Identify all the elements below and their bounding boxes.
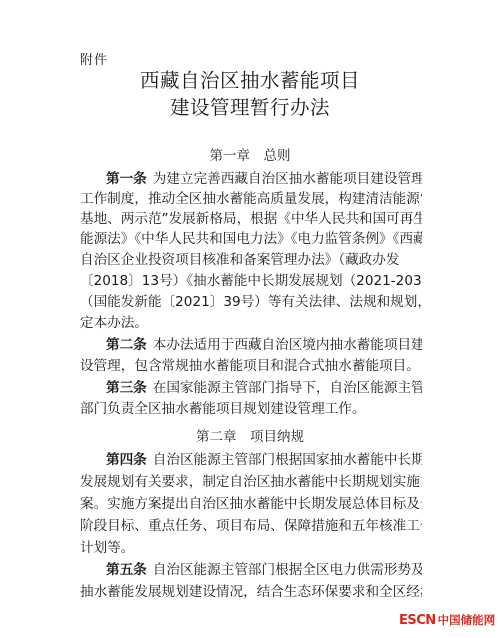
chapter-heading-1: 第一章 总则: [0, 147, 500, 165]
paragraph-line: 自治区企业投资项目核准和备案管理办法》（藏政办发: [80, 250, 422, 270]
article-label: 第五条: [106, 562, 147, 578]
paragraph-line: 发展规划有关要求，制定自治区抽水蓄能中长期规划实施方: [80, 472, 422, 492]
paragraph-line: 设管理，包含常规抽水蓄能项目和混合式抽水蓄能项目。: [80, 356, 422, 376]
paragraph-line: 案。实施方案提出自治区抽水蓄能中长期发展总体目标及分: [80, 494, 422, 514]
paragraph-line: 第二条本办法适用于西藏自治区境内抽水蓄能项目建: [80, 335, 422, 355]
article-label: 第一条: [106, 171, 147, 187]
paragraph-line: 能源法》《中华人民共和国电力法》《电力监管条例》《西藏: [80, 229, 422, 249]
watermark-name: 中国储能网: [438, 613, 496, 627]
paragraph-line: 定本办法。: [80, 313, 422, 333]
paragraph-line: 第三条在国家能源主管部门指导下，自治区能源主管: [80, 378, 422, 398]
paragraph-line: 计划等。: [80, 538, 422, 558]
paragraph-line: 阶段目标、重点任务、项目布局、保障措施和五年核准工作: [80, 516, 422, 536]
chapter-heading-2: 第二章 项目纳规: [0, 428, 500, 446]
paragraph-line: 第一条为建立完善西藏自治区抽水蓄能项目建设管理: [80, 169, 422, 189]
paragraph-line: （国能发新能〔2021〕39号）等有关法律、法规和规划，制: [80, 292, 422, 312]
paragraph-line: 〔2018〕13号）《抽水蓄能中长期发展规划（2021-2035年）》: [80, 271, 422, 291]
paragraph-line: 第五条自治区能源主管部门根据全区电力供需形势及: [80, 560, 422, 580]
watermark-brand: ESCN: [399, 613, 436, 628]
paragraph-line: 抽水蓄能发展规划建设情况，结合生态环保要求和全区经济: [80, 582, 422, 602]
paragraph-line: 第四条自治区能源主管部门根据国家抽水蓄能中长期: [80, 450, 422, 470]
paragraph-line: 工作制度，推动全区抽水蓄能高质量发展，构建清洁能源“一: [80, 189, 422, 209]
document-title-line-2: 建设管理暂行办法: [0, 95, 500, 121]
article-label: 第三条: [106, 380, 147, 396]
document-title-line-1: 西藏自治区抽水蓄能项目: [0, 68, 500, 94]
paragraph-line: 基地、两示范”发展新格局，根据《中华人民共和国可再生: [80, 209, 422, 229]
attachment-label: 附件: [80, 49, 108, 68]
article-label: 第二条: [106, 337, 147, 353]
paragraph-line: 部门负责全区抽水蓄能项目规划建设管理工作。: [80, 399, 422, 419]
document-page: 附件 西藏自治区抽水蓄能项目 建设管理暂行办法 第一章 总则 第一条为建立完善西…: [0, 0, 500, 638]
escn-watermark-logo: ESCN中国储能网: [399, 612, 495, 628]
article-label: 第四条: [106, 452, 147, 468]
